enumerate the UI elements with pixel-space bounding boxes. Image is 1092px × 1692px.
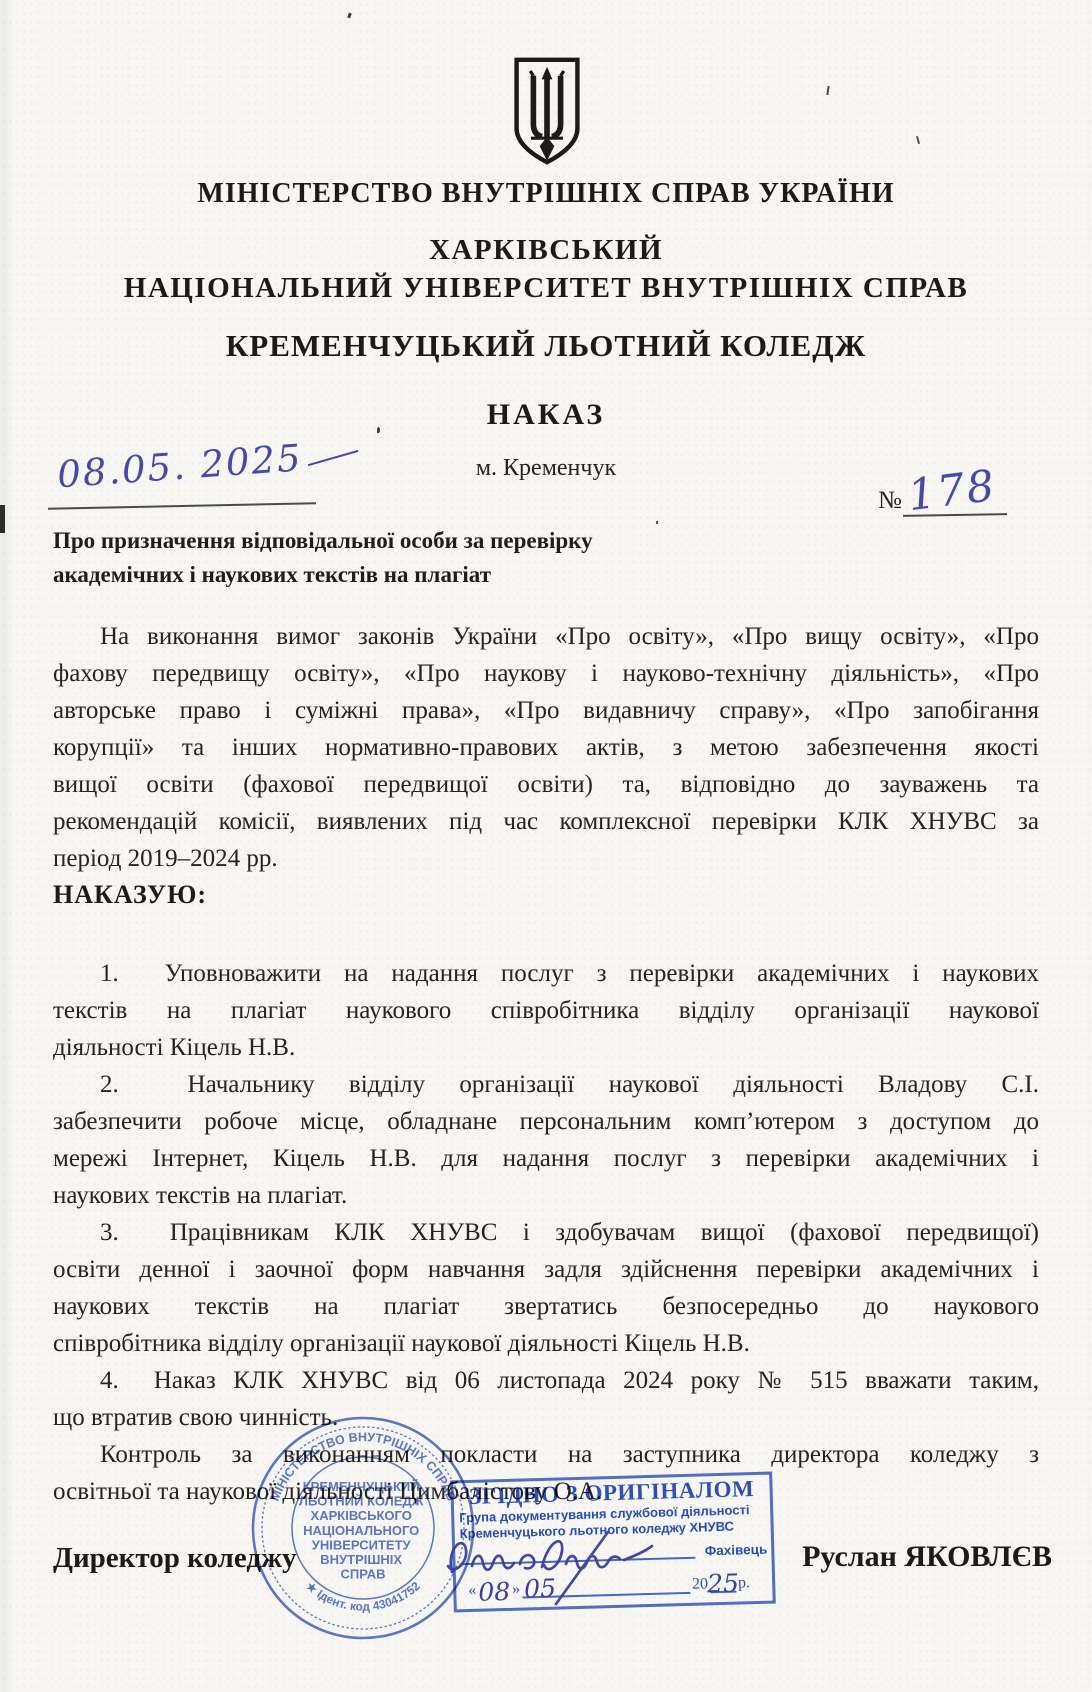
order-line: наукових текстів на плагіат звертатись б… — [53, 1288, 1039, 1325]
year-suffix: р. — [738, 1574, 750, 1592]
seal-ring-bottom-text: ★ Ідент. код 43041752 — [303, 1579, 423, 1614]
date-year-line: 25 — [710, 1571, 737, 1594]
handwritten-signature — [436, 1518, 696, 1610]
seal-center-text: КРЕМЕНЧУЦЬКИЙ ЛЬОТНИЙ КОЛЕДЖ ХАРКІВСЬКОГ… — [299, 1479, 427, 1582]
handwritten-order-number: 178 — [905, 461, 999, 521]
date-underline — [48, 502, 316, 510]
order-line: 1. Уповноважити на надання послуг з пере… — [53, 955, 1039, 992]
scan-speck — [377, 427, 380, 433]
signer-name: Руслан ЯКОВЛЄВ — [752, 1540, 1052, 1574]
handwritten-year: 25 — [707, 1574, 739, 1595]
order-items-block: 1. Уповноважити на надання послуг з пере… — [53, 955, 1039, 1510]
ministry-title: МІНІСТЕРСТВО ВНУТРІШНІХ СПРАВ УКРАЇНИ — [0, 178, 1092, 210]
control-line: Контроль за виконанням покласти на засту… — [53, 1436, 1039, 1473]
order-line: співробітника відділу організації науков… — [53, 1325, 1039, 1362]
order-line: 4. Наказ КЛК ХНУВС від 06 листопада 2024… — [53, 1362, 1039, 1399]
scan-speck — [916, 136, 920, 144]
preamble-line: вищої освіти (фахової передвищої освіти)… — [53, 766, 1039, 803]
scan-speck — [826, 86, 829, 95]
university-title-line2: НАЦІОНАЛЬНИЙ УНІВЕРСИТЕТ ВНУТРІШНІХ СПРА… — [0, 272, 1092, 305]
order-line: наукових текстів на плагіат. — [53, 1177, 1039, 1214]
order-line: 3. Працівникам КЛК ХНУВС і здобувачам ви… — [53, 1214, 1039, 1251]
preamble-line: рекомендацій комісії, виявлених під час … — [53, 803, 1039, 840]
preamble-line: фахову передвищу освіту», «Про наукову і… — [53, 655, 1039, 692]
preamble-line: період 2019–2024 рр. — [53, 840, 1039, 877]
handwritten-date: 08.05. 2025 — [56, 433, 356, 497]
order-line: 2. Начальнику відділу організації науков… — [53, 1066, 1039, 1103]
scan-speck — [0, 505, 5, 533]
order-heading: НАКАЗУЮ: — [53, 880, 207, 910]
order-line: забезпечити робоче місце, обладнане перс… — [53, 1103, 1039, 1140]
order-line: мережі Інтернет, Кіцель Н.В. для надання… — [53, 1140, 1039, 1177]
subject-line1: Про призначення відповідальної особи за … — [53, 524, 753, 558]
preamble-paragraph: На виконання вимог законів України «Про … — [53, 618, 1039, 877]
scanned-order-document: МІНІСТЕРСТВО ВНУТРІШНІХ СПРАВ УКРАЇНИ ХА… — [0, 0, 1092, 1692]
order-line: діяльності Кіцель Н.В. — [53, 1029, 1039, 1066]
subject-block: Про призначення відповідальної особи за … — [53, 524, 753, 592]
scan-speck — [347, 13, 352, 19]
subject-line2: академічних і наукових текстів на плагіа… — [53, 558, 753, 592]
order-line: освіти денної і заочної форм навчання за… — [53, 1251, 1039, 1288]
college-title: КРЕМЕНЧУЦЬКИЙ ЛЬОТНИЙ КОЛЕДЖ — [0, 328, 1092, 364]
university-title-line1: ХАРКІВСЬКИЙ — [0, 234, 1092, 267]
ukraine-trident-emblem — [507, 54, 587, 168]
preamble-line: На виконання вимог законів України «Про … — [53, 618, 1039, 655]
order-line: текстів на плагіат наукового співробітни… — [53, 992, 1039, 1029]
number-sign-label: № — [878, 487, 902, 515]
preamble-line: авторське право і суміжні права», «Про в… — [53, 692, 1039, 729]
document-type-title: НАКАЗ — [0, 398, 1092, 432]
stamp-role-label: Фахівець — [705, 1542, 768, 1559]
scan-speck — [656, 521, 658, 524]
order-line: що втратив свою чинність. — [53, 1399, 1039, 1436]
preamble-line: корупції» та інших нормативно-правових а… — [53, 729, 1039, 766]
